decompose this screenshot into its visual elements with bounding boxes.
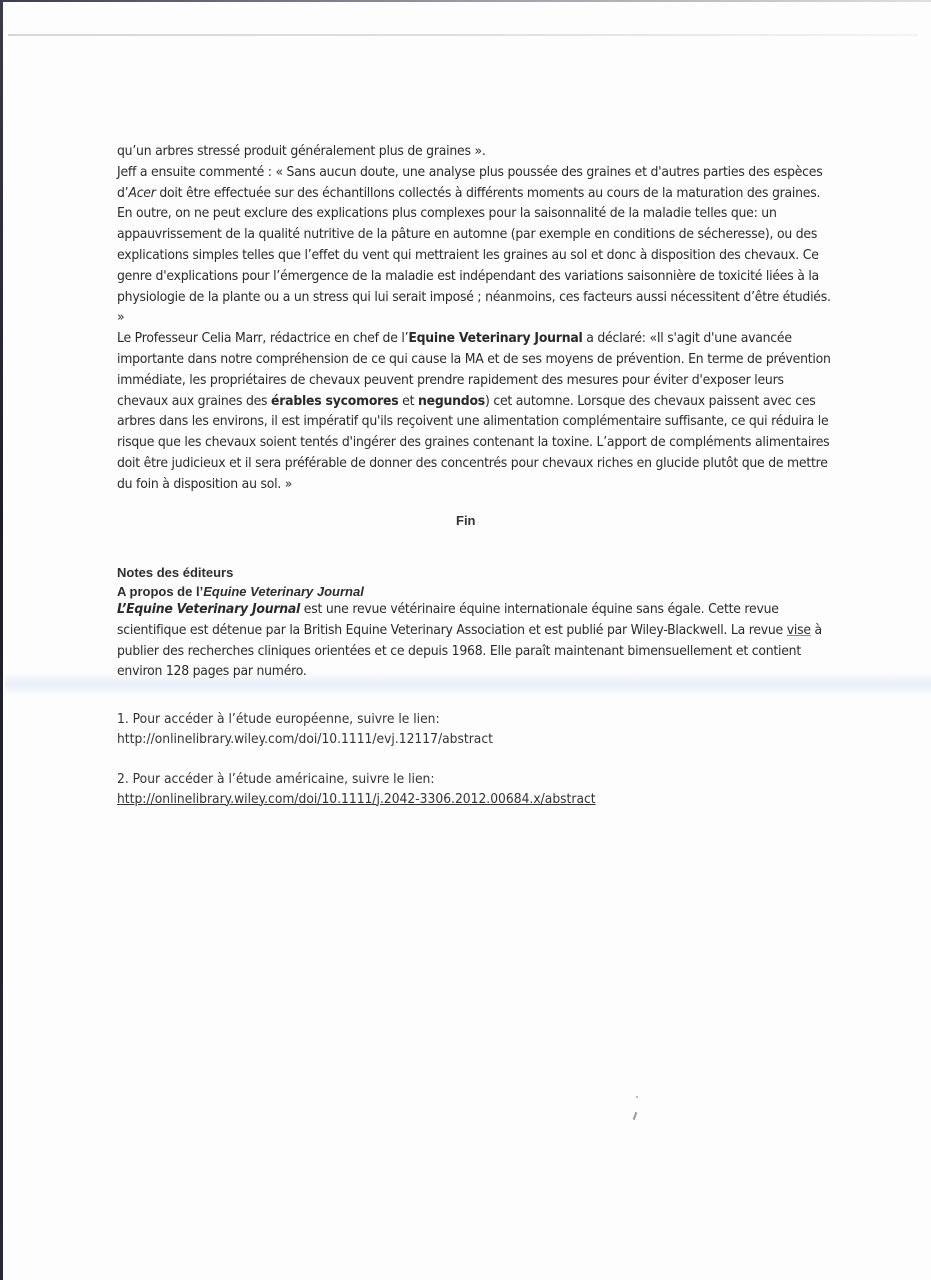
american-study-link[interactable]: http://onlinelibrary.wiley.com/doi/10.11… [117, 792, 596, 807]
acer-term: Acer [128, 186, 155, 201]
erables-sycomores-bold: érables sycomores [271, 394, 398, 409]
scan-edge-left [0, 0, 3, 1280]
american-study-label: 2. Pour accéder à l’étude américaine, su… [117, 770, 835, 790]
marr-quote-intro: Le Professeur Celia Marr, rédactrice en … [117, 331, 408, 346]
paragraph-continuation: qu’un arbres stressé produit généralemen… [117, 142, 837, 163]
jeff-quote-rest: doit être effectuée sur des échantillons… [117, 186, 831, 326]
about-journal-body: L’Equine Veterinary Journal est une revu… [117, 600, 837, 683]
journal-name-bold-italic: L’Equine Veterinary Journal [117, 602, 300, 617]
editors-notes-heading-block: Notes des éditeurs A propos de l’Equine … [117, 563, 364, 601]
scan-speck [636, 1096, 638, 1098]
jeff-quote-paragraph: Jeff a ensuite commenté : « Sans aucun d… [117, 163, 837, 329]
study-links: 1. Pour accéder à l’étude européenne, su… [117, 710, 835, 809]
conjunction: et [398, 394, 418, 409]
article-body: qu’un arbres stressé produit généralemen… [117, 142, 837, 496]
journal-name-bold: Equine Veterinary Journal [408, 331, 582, 346]
underlined-word: vise [787, 623, 811, 638]
scan-rule-line [8, 34, 918, 36]
document-page: qu’un arbres stressé produit généralemen… [117, 142, 837, 496]
european-study-link[interactable]: http://onlinelibrary.wiley.com/doi/10.11… [117, 732, 493, 747]
european-study-label: 1. Pour accéder à l’étude européenne, su… [117, 710, 835, 730]
negundos-bold: negundos [418, 394, 485, 409]
about-prefix: A propos de l’ [117, 584, 203, 599]
scan-edge-top [0, 0, 931, 2]
about-journal-paragraph: L’Equine Veterinary Journal est une revu… [117, 600, 837, 683]
end-marker: Fin [456, 513, 476, 528]
about-journal-heading: A propos de l’Equine Veterinary Journal [117, 582, 364, 601]
marr-quote-paragraph: Le Professeur Celia Marr, rédactrice en … [117, 329, 837, 495]
scan-speck [633, 1112, 638, 1120]
about-journal-name: Equine Veterinary Journal [203, 584, 364, 599]
editors-notes-heading: Notes des éditeurs [117, 563, 364, 582]
